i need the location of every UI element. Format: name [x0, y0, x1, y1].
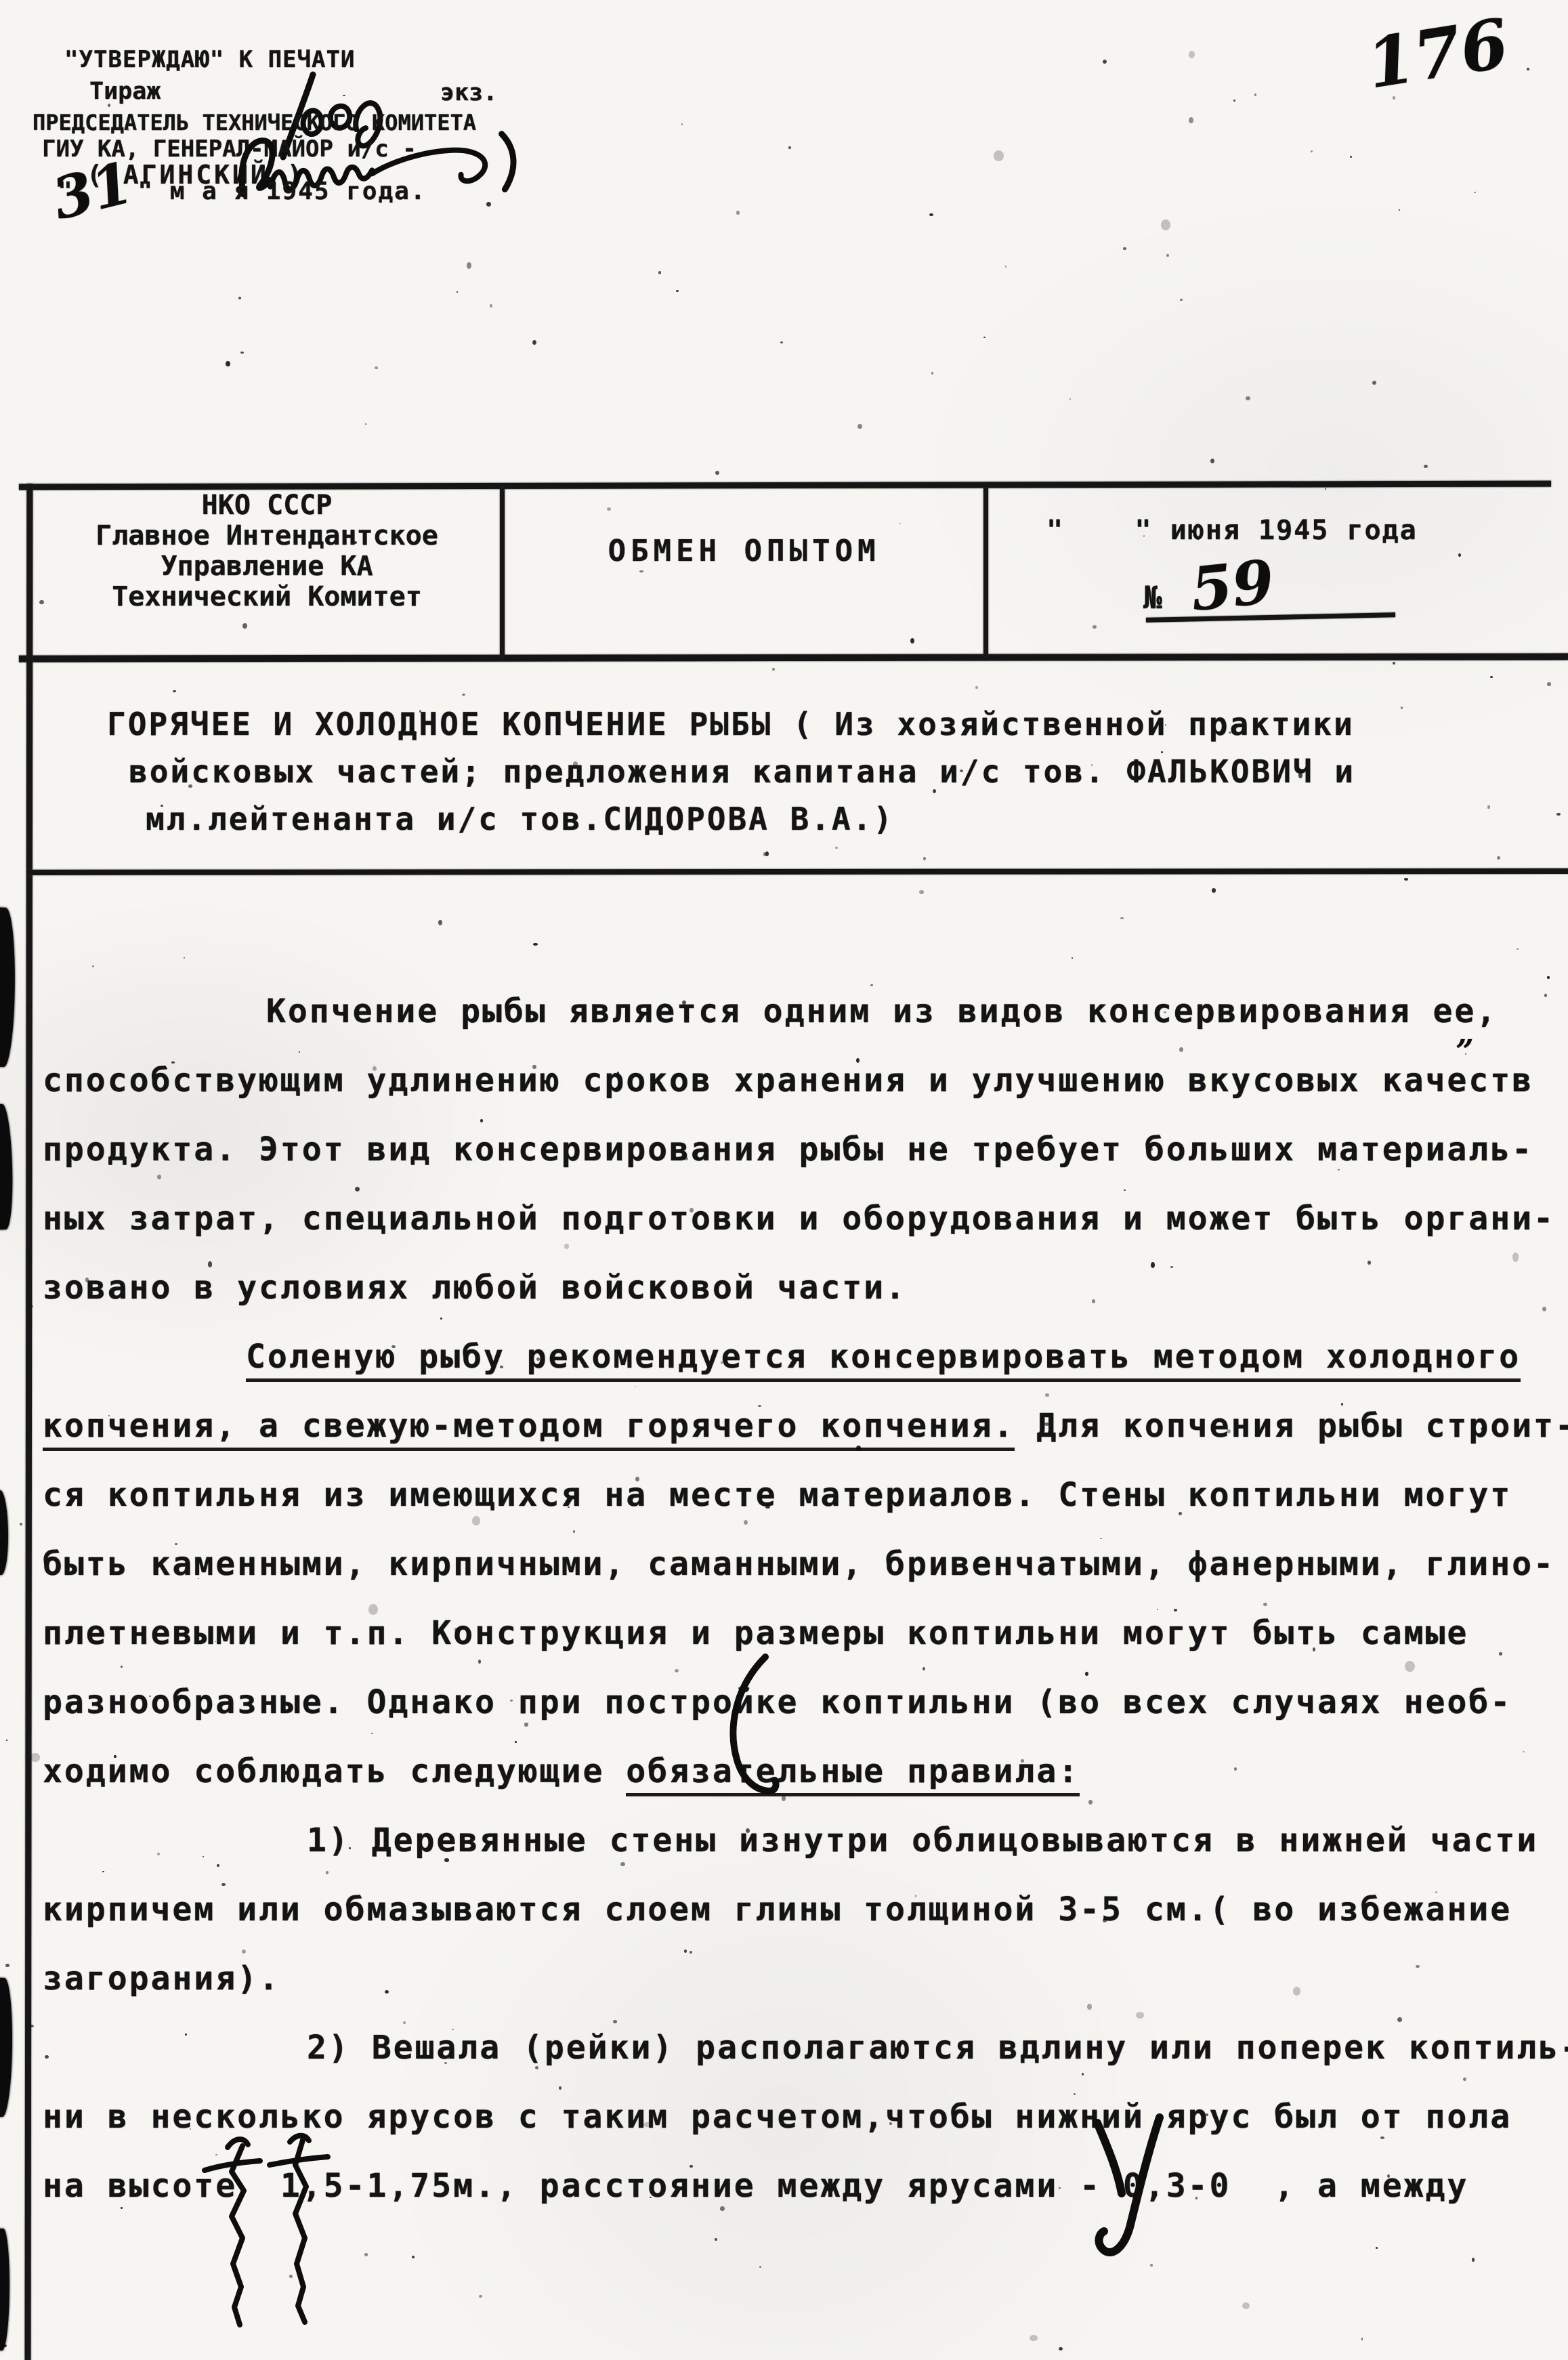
- noise-speck: [1120, 917, 1123, 919]
- handwritten-y-mark: [1078, 2112, 1180, 2268]
- noise-speck: [1180, 299, 1183, 301]
- noise-speck: [364, 2253, 367, 2256]
- body-line: Копчение рыбы является одним из видов ко…: [43, 977, 1567, 1046]
- noise-speck: [1123, 247, 1126, 250]
- noise-speck: [1161, 219, 1170, 230]
- noise-speck: [759, 2266, 761, 2268]
- noise-speck: [1189, 51, 1195, 58]
- body-line: быть каменными, кирпичными, саманными, б…: [43, 1530, 1567, 1599]
- noise-speck: [20, 1523, 22, 1525]
- noise-speck: [238, 297, 241, 299]
- body-text-segment: быть каменными, кирпичными, саманными, б…: [43, 1545, 1555, 1583]
- noise-speck: [715, 471, 719, 475]
- body-line: Соленую рыбу рекомендуется консервироват…: [43, 1322, 1567, 1391]
- noise-speck: [910, 638, 914, 644]
- noise-speck: [1166, 254, 1169, 257]
- body-line: разнообразные. Однако при постройке копт…: [43, 1668, 1567, 1737]
- scanned-document-page: 176 "УТВЕРЖДАЮ" К ПЕЧАТИ Тираж экз. ПРЕД…: [0, 0, 1568, 2360]
- noise-speck: [5, 1964, 9, 1967]
- body-text-segment: 2) Вешала (рейки) располагаются вдлину и…: [307, 2029, 1568, 2067]
- noise-speck: [457, 291, 459, 293]
- noise-speck: [994, 150, 1004, 161]
- noise-speck: [1527, 68, 1529, 70]
- noise-speck: [1030, 2335, 1037, 2341]
- noise-speck: [1242, 2302, 1250, 2310]
- series-title: ОБМЕН ОПЫТОМ: [505, 534, 983, 568]
- noise-speck: [715, 2238, 717, 2241]
- noise-speck: [412, 2256, 415, 2258]
- body-text-segment: способствующим удлинению сроков хранения…: [43, 1061, 1533, 1099]
- noise-speck: [1458, 553, 1461, 557]
- noise-speck: [929, 213, 933, 216]
- noise-speck: [1474, 192, 1476, 193]
- scan-edge-blob: [0, 1490, 8, 1575]
- table-divider-1: [500, 488, 505, 657]
- noise-speck: [658, 271, 661, 274]
- noise-speck: [467, 262, 471, 269]
- title-bottom-rule: [27, 868, 1568, 875]
- body-line: продукта. Этот вид консервирования рыбы …: [43, 1115, 1567, 1184]
- noise-speck: [975, 686, 978, 689]
- noise-speck: [226, 361, 230, 366]
- body-line: ных затрат, специальной подготовки и обо…: [43, 1184, 1567, 1253]
- scan-edge-blob: [0, 2229, 9, 2351]
- noise-speck: [365, 423, 366, 425]
- noise-speck: [1393, 662, 1395, 665]
- noise-speck: [931, 372, 933, 374]
- noise-speck: [933, 789, 936, 793]
- noise-speck: [1246, 396, 1250, 400]
- noise-speck: [486, 202, 491, 206]
- noise-speck: [835, 847, 838, 849]
- body-text-segment: ни в несколько ярусов с таким расчетом,ч…: [43, 2098, 1512, 2136]
- noise-speck: [923, 857, 926, 860]
- noise-speck: [763, 852, 767, 856]
- body-line: загорания).: [43, 1944, 1567, 2013]
- noise-speck: [1401, 707, 1403, 709]
- body-text-segment: зовано в условиях любой войсковой части.: [43, 1269, 907, 1307]
- body-text-segment: Для копчения рыбы строит-: [1015, 1407, 1568, 1445]
- noise-speck: [1254, 93, 1256, 96]
- noise-speck: [1210, 459, 1214, 463]
- noise-speck: [639, 570, 643, 572]
- body-text-segment: загорания).: [43, 1960, 280, 1998]
- noise-speck: [1376, 2247, 1378, 2249]
- handwritten-issue-number: 59: [1187, 546, 1277, 625]
- noise-speck: [479, 2295, 482, 2298]
- noise-speck: [1189, 117, 1193, 123]
- body-text-segment: продукта. Этот вид консервирования рыбы …: [43, 1131, 1533, 1168]
- handwritten-page-number: 176: [1361, 3, 1514, 104]
- noise-speck: [490, 304, 492, 308]
- noise-speck: [242, 623, 247, 629]
- noise-speck: [1547, 682, 1551, 687]
- body-line: 1) Деревянные стены изнутри облицовывают…: [43, 1806, 1567, 1875]
- body-line: копчения, а свежую-методом горячего копч…: [43, 1391, 1567, 1460]
- doc-title-line1: ГОРЯЧЕЕ И ХОЛОДНОЕ КОПЧЕНИЕ РЫБЫ ( Из хо…: [107, 706, 1355, 742]
- noise-speck: [1404, 878, 1408, 881]
- noise-speck: [1005, 266, 1007, 267]
- noise-speck: [1517, 948, 1519, 950]
- noise-speck: [1103, 60, 1107, 64]
- noise-speck: [240, 352, 244, 354]
- noise-speck: [765, 851, 769, 856]
- noise-speck: [1093, 625, 1097, 629]
- body-line: 2) Вешала (рейки) располагаются вдлину и…: [43, 2013, 1567, 2082]
- noise-speck: [1372, 381, 1376, 385]
- org-line-1: НКО СССР: [34, 490, 500, 521]
- insertion-mark: „: [1456, 1015, 1474, 1051]
- noise-speck: [1072, 957, 1073, 958]
- scan-edge-blob: [0, 908, 18, 1068]
- org-cell: НКО СССР Главное Интендантское Управлени…: [34, 490, 500, 612]
- noise-speck: [681, 123, 683, 125]
- noise-speck: [1212, 888, 1216, 893]
- noise-speck: [462, 694, 466, 696]
- issue-number-sign: №: [1143, 579, 1162, 616]
- noise-speck: [1472, 2258, 1475, 2262]
- noise-speck: [919, 890, 923, 894]
- doc-title-line3: мл.лейтенанта и/с тов.СИДОРОВА В.А.): [146, 801, 894, 837]
- noise-speck: [899, 523, 901, 524]
- noise-speck: [676, 290, 679, 292]
- left-margin-border: [25, 484, 33, 2360]
- body-text-segment: 1) Деревянные стены изнутри облицовывают…: [307, 1821, 1538, 1859]
- noise-speck: [1556, 813, 1560, 816]
- print-run-prefix: Тираж: [89, 78, 161, 105]
- body-line: кирпичем или обмазываются слоем глины то…: [43, 1875, 1567, 1944]
- doc-title-line2: войсковых частей; предложения капитана и…: [129, 753, 1355, 790]
- body-text-segment: кирпичем или обмазываются слоем глины то…: [43, 1891, 1512, 1929]
- scan-edge-blob: [0, 1978, 14, 2117]
- body-line: способствующим удлинению сроков хранения…: [43, 1046, 1567, 1115]
- body-line: зовано в условиях любой войсковой части.: [43, 1253, 1567, 1322]
- body-line: ходимо соблюдать следующие обязательные …: [43, 1737, 1567, 1806]
- noise-speck: [1490, 676, 1493, 678]
- body-text-segment: плетневыми и т.п. Конструкция и размеры …: [43, 1614, 1468, 1652]
- noise-speck: [173, 690, 176, 692]
- noise-speck: [533, 943, 538, 946]
- body-text-segment: ся коптильня из имеющихся на месте матер…: [43, 1476, 1512, 1514]
- noise-speck: [1497, 856, 1500, 860]
- noise-speck: [438, 920, 442, 925]
- noise-speck: [780, 341, 783, 343]
- table-top-border: [19, 481, 1551, 490]
- underlined-text: Соленую рыбу рекомендуется консервироват…: [246, 1338, 1521, 1382]
- noise-speck: [92, 965, 95, 967]
- noise-speck: [184, 957, 185, 958]
- noise-speck: [983, 337, 986, 338]
- body-text-segment: Копчение рыбы является одним из видов ко…: [266, 992, 1498, 1030]
- noise-speck: [1350, 156, 1351, 158]
- scan-edge-blob: [0, 1104, 14, 1230]
- table-divider-2: [983, 488, 988, 657]
- org-line-3: Управление КА: [34, 551, 500, 582]
- handwritten-scribble-correction: [195, 2132, 351, 2360]
- noise-speck: [772, 668, 775, 670]
- noise-speck: [532, 340, 536, 345]
- body-line: ся коптильня из имеющихся на месте матер…: [43, 1460, 1567, 1530]
- noise-speck: [857, 424, 862, 429]
- noise-speck: [30, 1753, 39, 1763]
- noise-speck: [1069, 398, 1071, 400]
- issue-date-line: " " июня 1945 года: [1046, 515, 1418, 546]
- underlined-text: обязательные правила:: [626, 1752, 1080, 1796]
- print-run-suffix: экз.: [440, 79, 497, 106]
- noise-speck: [1399, 209, 1401, 211]
- noise-speck: [788, 146, 791, 148]
- underlined-text: копчения, а свежую-методом горячего копч…: [43, 1407, 1015, 1451]
- body-text-segment: ных затрат, специальной подготовки и обо…: [43, 1200, 1555, 1238]
- noise-speck: [1361, 2338, 1363, 2340]
- noise-speck: [1311, 150, 1313, 152]
- body-line: плетневыми и т.п. Конструкция и размеры …: [43, 1599, 1567, 1668]
- noise-speck: [607, 507, 611, 511]
- noise-speck: [1325, 488, 1326, 490]
- noise-speck: [1487, 805, 1490, 808]
- body-text: Копчение рыбы является одним из видов ко…: [43, 977, 1567, 2220]
- noise-speck: [736, 211, 739, 214]
- org-line-2: Главное Интендантское: [34, 521, 500, 551]
- handwritten-bracket-mark: [710, 1651, 784, 1811]
- noise-speck: [6, 1740, 7, 1741]
- body-text-segment: ходимо соблюдать следующие: [43, 1752, 626, 1790]
- noise-speck: [1233, 100, 1235, 102]
- org-line-4: Технический Комитет: [34, 582, 500, 612]
- table-bottom-border: [19, 653, 1568, 662]
- noise-speck: [375, 366, 378, 370]
- noise-speck: [1424, 465, 1428, 468]
- noise-speck: [1059, 2347, 1063, 2351]
